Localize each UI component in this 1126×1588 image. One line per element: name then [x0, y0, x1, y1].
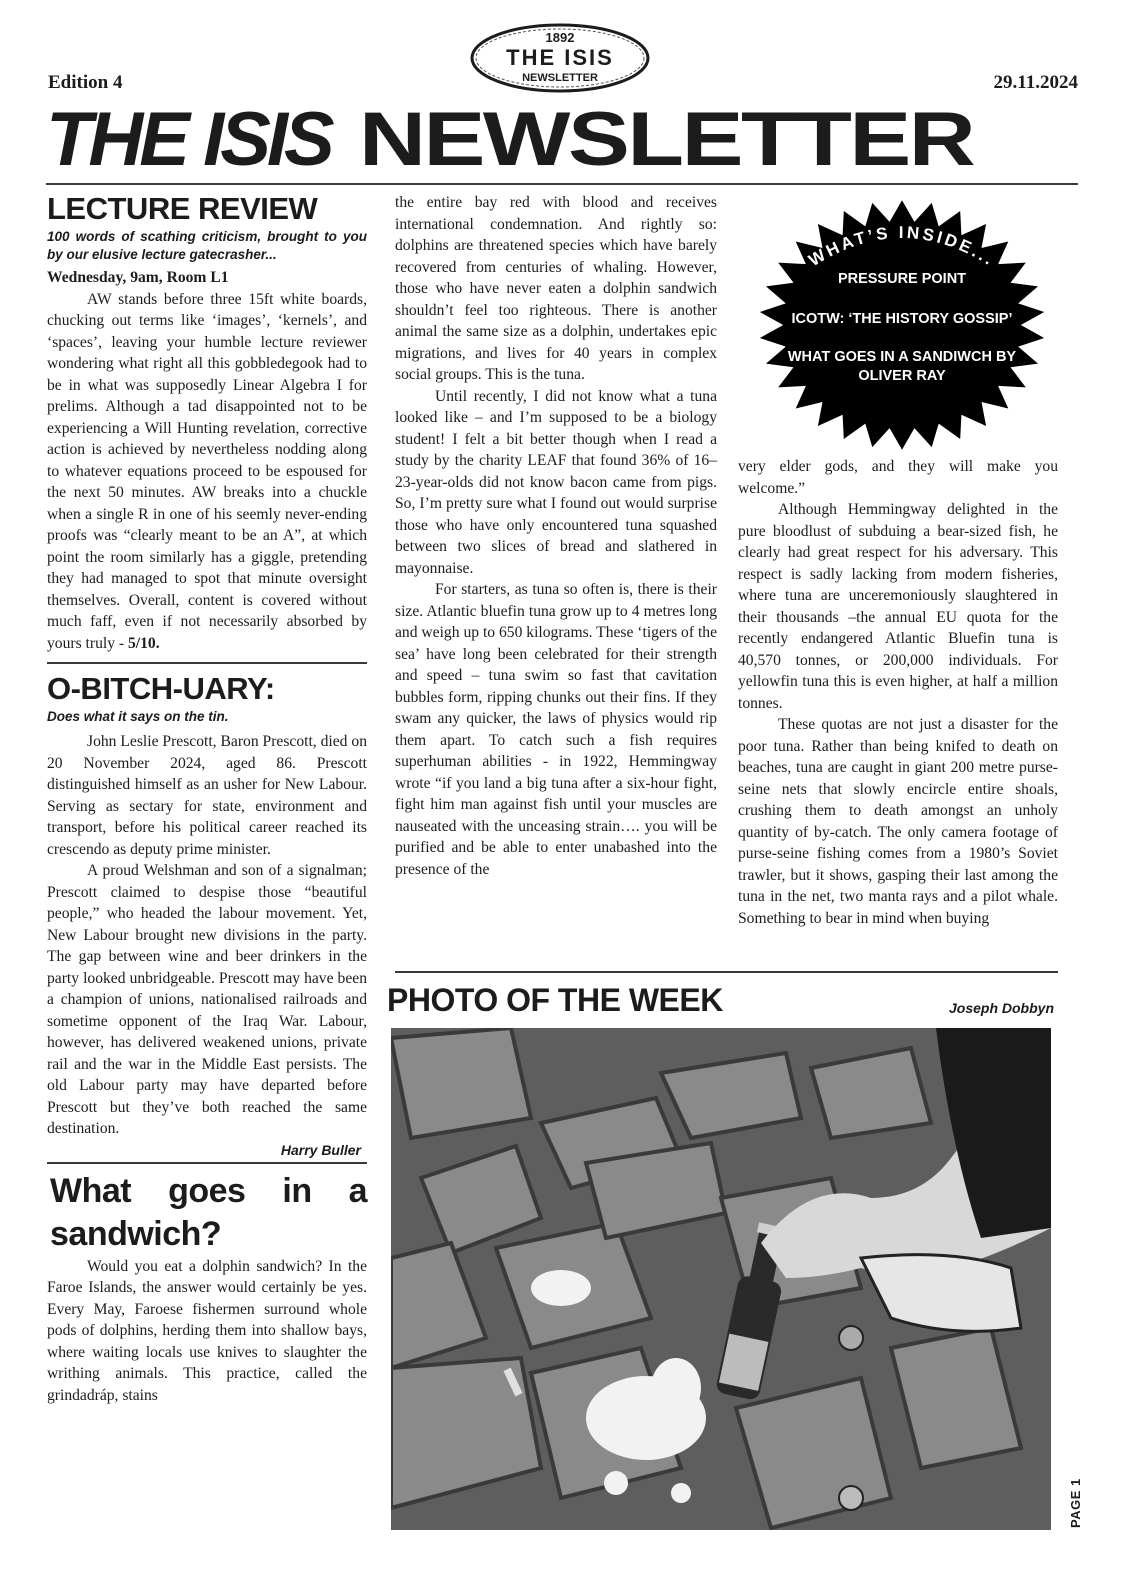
issue-date: 29.11.2024	[994, 72, 1078, 94]
sandwich-heading: What goes in a sandwich?	[47, 1170, 367, 1256]
whats-inside-item[interactable]: WHAT GOES IN A SANDIWCH BY OLIVER RAY	[752, 348, 1052, 386]
svg-text:THE ISIS: THE ISIS	[506, 45, 614, 70]
column-2: the entire bay red with blood and receiv…	[395, 192, 717, 880]
obituary-byline: Harry Buller	[47, 1140, 367, 1160]
sandwich-paragraph: These quotas are not just a disaster for…	[738, 714, 1058, 929]
stamp-logo-icon: 1892 THE ISIS NEWSLETTER	[462, 20, 658, 96]
obituary-paragraph: John Leslie Prescott, Baron Prescott, di…	[47, 731, 367, 860]
obituary-heading: O-BITCH-UARY:	[47, 670, 367, 708]
svg-text:1892: 1892	[546, 30, 575, 45]
photo-section-divider	[395, 971, 1058, 973]
sandwich-paragraph: Although Hemmingway delighted in the pur…	[738, 499, 1058, 714]
section-divider	[47, 662, 367, 664]
sandwich-section-start: What goes in a sandwich? Would you eat a…	[47, 1170, 367, 1407]
beer-bottle-cobblestones-photo-icon	[391, 1028, 1051, 1530]
title-part-1: THE ISIS	[46, 97, 331, 182]
page-number: PAGE 1	[1068, 1478, 1083, 1528]
lecture-review-heading: LECTURE REVIEW	[47, 190, 367, 228]
whats-inside-item[interactable]: ICOTW: ‘THE HISTORY GOSSIP’	[752, 310, 1052, 329]
photo-of-week-image	[391, 1028, 1051, 1530]
column-3: very elder gods, and they will make you …	[738, 456, 1058, 929]
whats-inside-item[interactable]: PRESSURE POINT	[752, 270, 1052, 289]
lecture-review-score: 5/10.	[128, 635, 160, 652]
lecture-review-text: AW stands before three 15ft white boards…	[47, 291, 367, 652]
newsletter-title: THE ISISNEWSLETTER	[46, 100, 1078, 180]
photo-of-week-heading: PHOTO OF THE WEEK	[387, 980, 723, 1020]
lecture-review-dateline: Wednesday, 9am, Room L1	[47, 267, 367, 289]
obituary-section: O-BITCH-UARY: Does what it says on the t…	[47, 670, 367, 1160]
sandwich-paragraph: the entire bay red with blood and receiv…	[395, 192, 717, 386]
sandwich-paragraph: very elder gods, and they will make you …	[738, 456, 1058, 499]
masthead-divider	[46, 183, 1078, 185]
obituary-subheading: Does what it says on the tin.	[47, 708, 367, 726]
photo-credit: Joseph Dobbyn	[949, 1000, 1054, 1016]
edition-label: Edition 4	[48, 72, 122, 94]
sandwich-paragraph: For starters, as tuna so often is, there…	[395, 579, 717, 880]
sandwich-paragraph: Would you eat a dolphin sandwich? In the…	[47, 1256, 367, 1407]
sandwich-paragraph: Until recently, I did not know what a tu…	[395, 386, 717, 580]
lecture-review-body: AW stands before three 15ft white boards…	[47, 289, 367, 655]
obituary-paragraph: A proud Welshman and son of a signalman;…	[47, 860, 367, 1140]
lecture-review-subheading: 100 words of scathing criticism, brought…	[47, 228, 367, 264]
svg-text:NEWSLETTER: NEWSLETTER	[522, 72, 598, 84]
masthead-stamp-logo: 1892 THE ISIS NEWSLETTER	[462, 20, 658, 96]
section-divider	[47, 1162, 367, 1164]
column-1: LECTURE REVIEW 100 words of scathing cri…	[47, 190, 367, 1406]
title-part-2: NEWSLETTER	[359, 100, 973, 180]
lecture-review-section: LECTURE REVIEW 100 words of scathing cri…	[47, 190, 367, 654]
